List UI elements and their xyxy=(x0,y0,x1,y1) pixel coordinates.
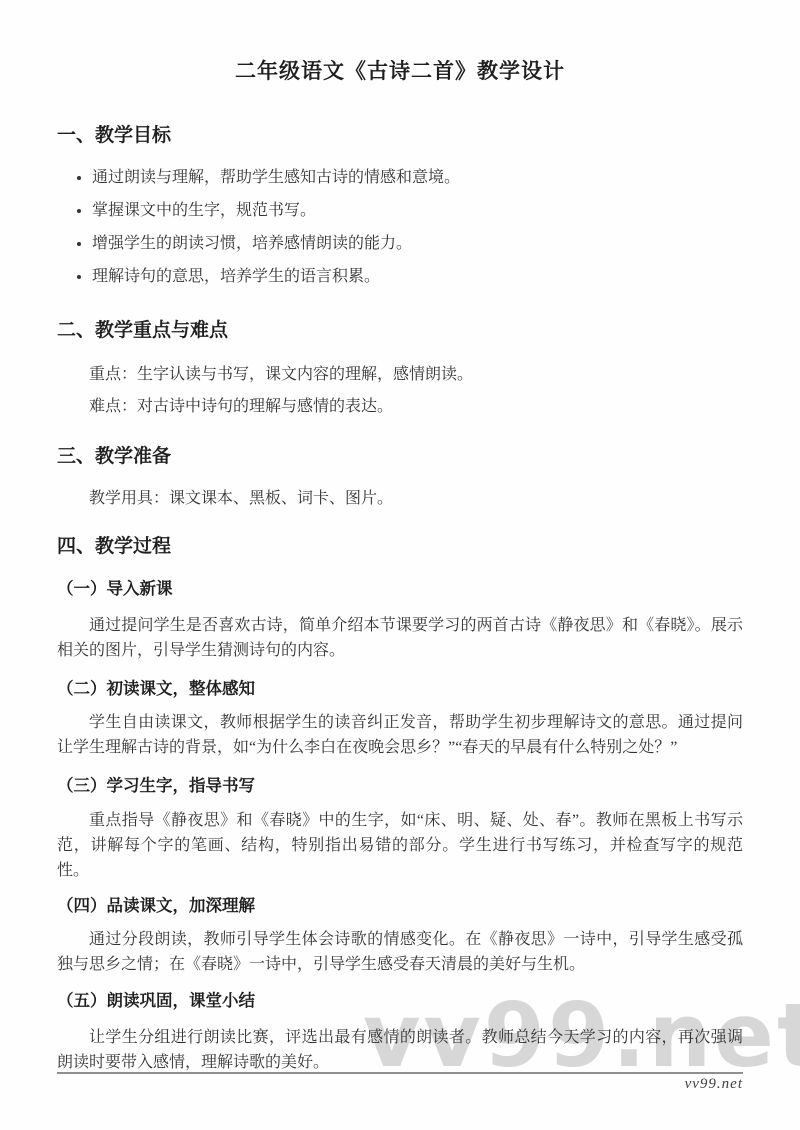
paragraph-difficult-point: 难点：对古诗中诗句的理解与感情的表达。 xyxy=(57,394,743,419)
section-heading: 三、教学准备 xyxy=(57,445,743,469)
document-content: 二年级语文《古诗二首》教学设计 一、教学目标 通过朗读与理解，帮助学生感知古诗的… xyxy=(0,0,800,1075)
section-heading: 一、教学目标 xyxy=(57,124,743,148)
subsection-reading-summary: （五）朗读巩固，课堂小结 让学生分组进行朗读比赛，评选出最有感情的朗读者。教师总… xyxy=(57,990,743,1075)
section-teaching-process: 四、教学过程 （一）导入新课 通过提问学生是否喜欢古诗，简单介绍本节课要学习的两… xyxy=(57,535,743,1075)
subsection-paragraph: 通过分段朗读，教师引导学生体会诗歌的情感变化。在《静夜思》一诗中，引导学生感受孤… xyxy=(57,927,743,977)
subsection-heading: （三）学习生字，指导书写 xyxy=(57,775,743,797)
subsection-paragraph: 学生自由读课文，教师根据学生的读音纠正发音，帮助学生初步理解诗文的意思。通过提问… xyxy=(57,710,743,760)
section-heading: 二、教学重点与难点 xyxy=(57,319,743,343)
paragraph-teaching-tools: 教学用具：课文课本、黑板、词卡、图片。 xyxy=(57,486,743,511)
section-key-difficult-points: 二、教学重点与难点 重点：生字认读与书写，课文内容的理解，感情朗读。 难点：对古… xyxy=(57,319,743,419)
footer-site-label: vv99.net xyxy=(57,1074,743,1093)
document-page: vv99.net 二年级语文《古诗二首》教学设计 一、教学目标 通过朗读与理解，… xyxy=(0,0,800,1130)
subsection-intro-new-lesson: （一）导入新课 通过提问学生是否喜欢古诗，简单介绍本节课要学习的两首古诗《静夜思… xyxy=(57,578,743,663)
list-item: 通过朗读与理解，帮助学生感知古诗的情感和意境。 xyxy=(92,166,743,190)
subsection-heading: （二）初读课文，整体感知 xyxy=(57,678,743,700)
subsection-paragraph: 通过提问学生是否喜欢古诗，简单介绍本节课要学习的两首古诗《静夜思》和《春晓》。展… xyxy=(57,613,743,663)
section-teaching-objectives: 一、教学目标 通过朗读与理解，帮助学生感知古诗的情感和意境。 掌握课文中的生字，… xyxy=(57,124,743,289)
section-heading: 四、教学过程 xyxy=(57,535,743,559)
subsection-paragraph: 让学生分组进行朗读比赛，评选出最有感情的朗读者。教师总结今天学习的内容，再次强调… xyxy=(57,1025,743,1075)
objectives-list: 通过朗读与理解，帮助学生感知古诗的情感和意境。 掌握课文中的生字，规范书写。 增… xyxy=(57,166,743,289)
list-item: 理解诗句的意思，培养学生的语言积累。 xyxy=(92,265,743,289)
subsection-heading: （一）导入新课 xyxy=(57,578,743,600)
subsection-heading: （四）品读课文，加深理解 xyxy=(57,895,743,917)
list-item: 掌握课文中的生字，规范书写。 xyxy=(92,199,743,223)
subsection-paragraph: 重点指导《静夜思》和《春晓》中的生字，如“床、明、疑、处、春”。教师在黑板上书写… xyxy=(57,808,743,883)
subsection-learn-characters: （三）学习生字，指导书写 重点指导《静夜思》和《春晓》中的生字，如“床、明、疑、… xyxy=(57,775,743,883)
section-teaching-preparation: 三、教学准备 教学用具：课文课本、黑板、词卡、图片。 xyxy=(57,445,743,511)
subsection-first-reading: （二）初读课文，整体感知 学生自由读课文，教师根据学生的读音纠正发音，帮助学生初… xyxy=(57,678,743,760)
paragraph-key-point: 重点：生字认读与书写，课文内容的理解，感情朗读。 xyxy=(57,362,743,387)
subsection-deep-reading: （四）品读课文，加深理解 通过分段朗读，教师引导学生体会诗歌的情感变化。在《静夜… xyxy=(57,895,743,977)
list-item: 增强学生的朗读习惯，培养感情朗读的能力。 xyxy=(92,232,743,256)
document-title: 二年级语文《古诗二首》教学设计 xyxy=(57,0,743,86)
subsection-heading: （五）朗读巩固，课堂小结 xyxy=(57,990,743,1012)
page-footer: vv99.net xyxy=(57,1072,743,1093)
